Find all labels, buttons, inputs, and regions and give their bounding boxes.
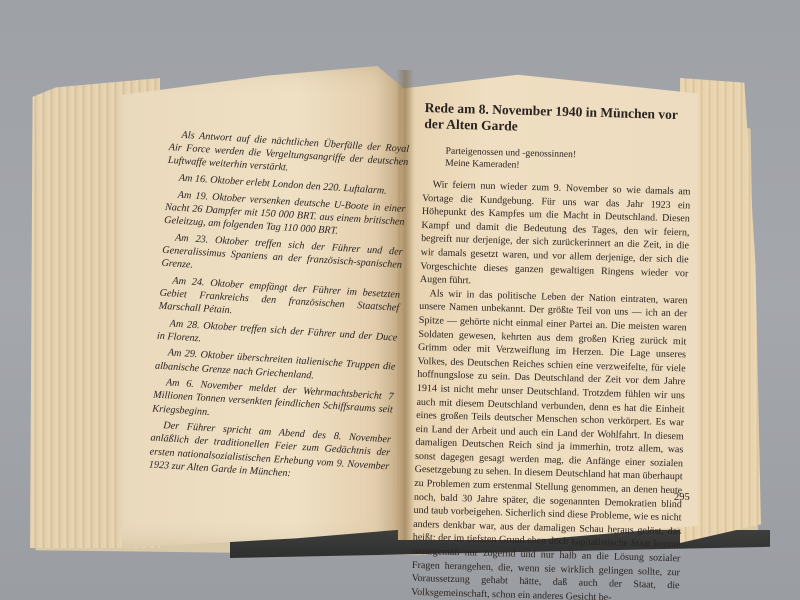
- left-paragraph: Der Führer spricht am Abend des 8. Novem…: [148, 419, 391, 487]
- right-paragraph: Wir feiern nun wieder zum 9. November so…: [420, 178, 691, 294]
- right-page-text: Rede am 8. November 1940 in München vor …: [411, 100, 693, 600]
- right-paragraph: Als wir in das politische Leben der Nati…: [411, 287, 688, 600]
- speech-body: Wir feiern nun wieder zum 9. November so…: [411, 178, 691, 600]
- chapter-title: Rede am 8. November 1940 in München vor …: [424, 100, 693, 138]
- left-page-text: Als Antwort auf die nächtlichen Überfäll…: [148, 128, 409, 490]
- page-number: 295: [674, 492, 690, 503]
- photo-scene: Als Antwort auf die nächtlichen Überfäll…: [0, 0, 800, 600]
- salutation: Parteigenossen und -genossinnen! Meine K…: [445, 146, 692, 176]
